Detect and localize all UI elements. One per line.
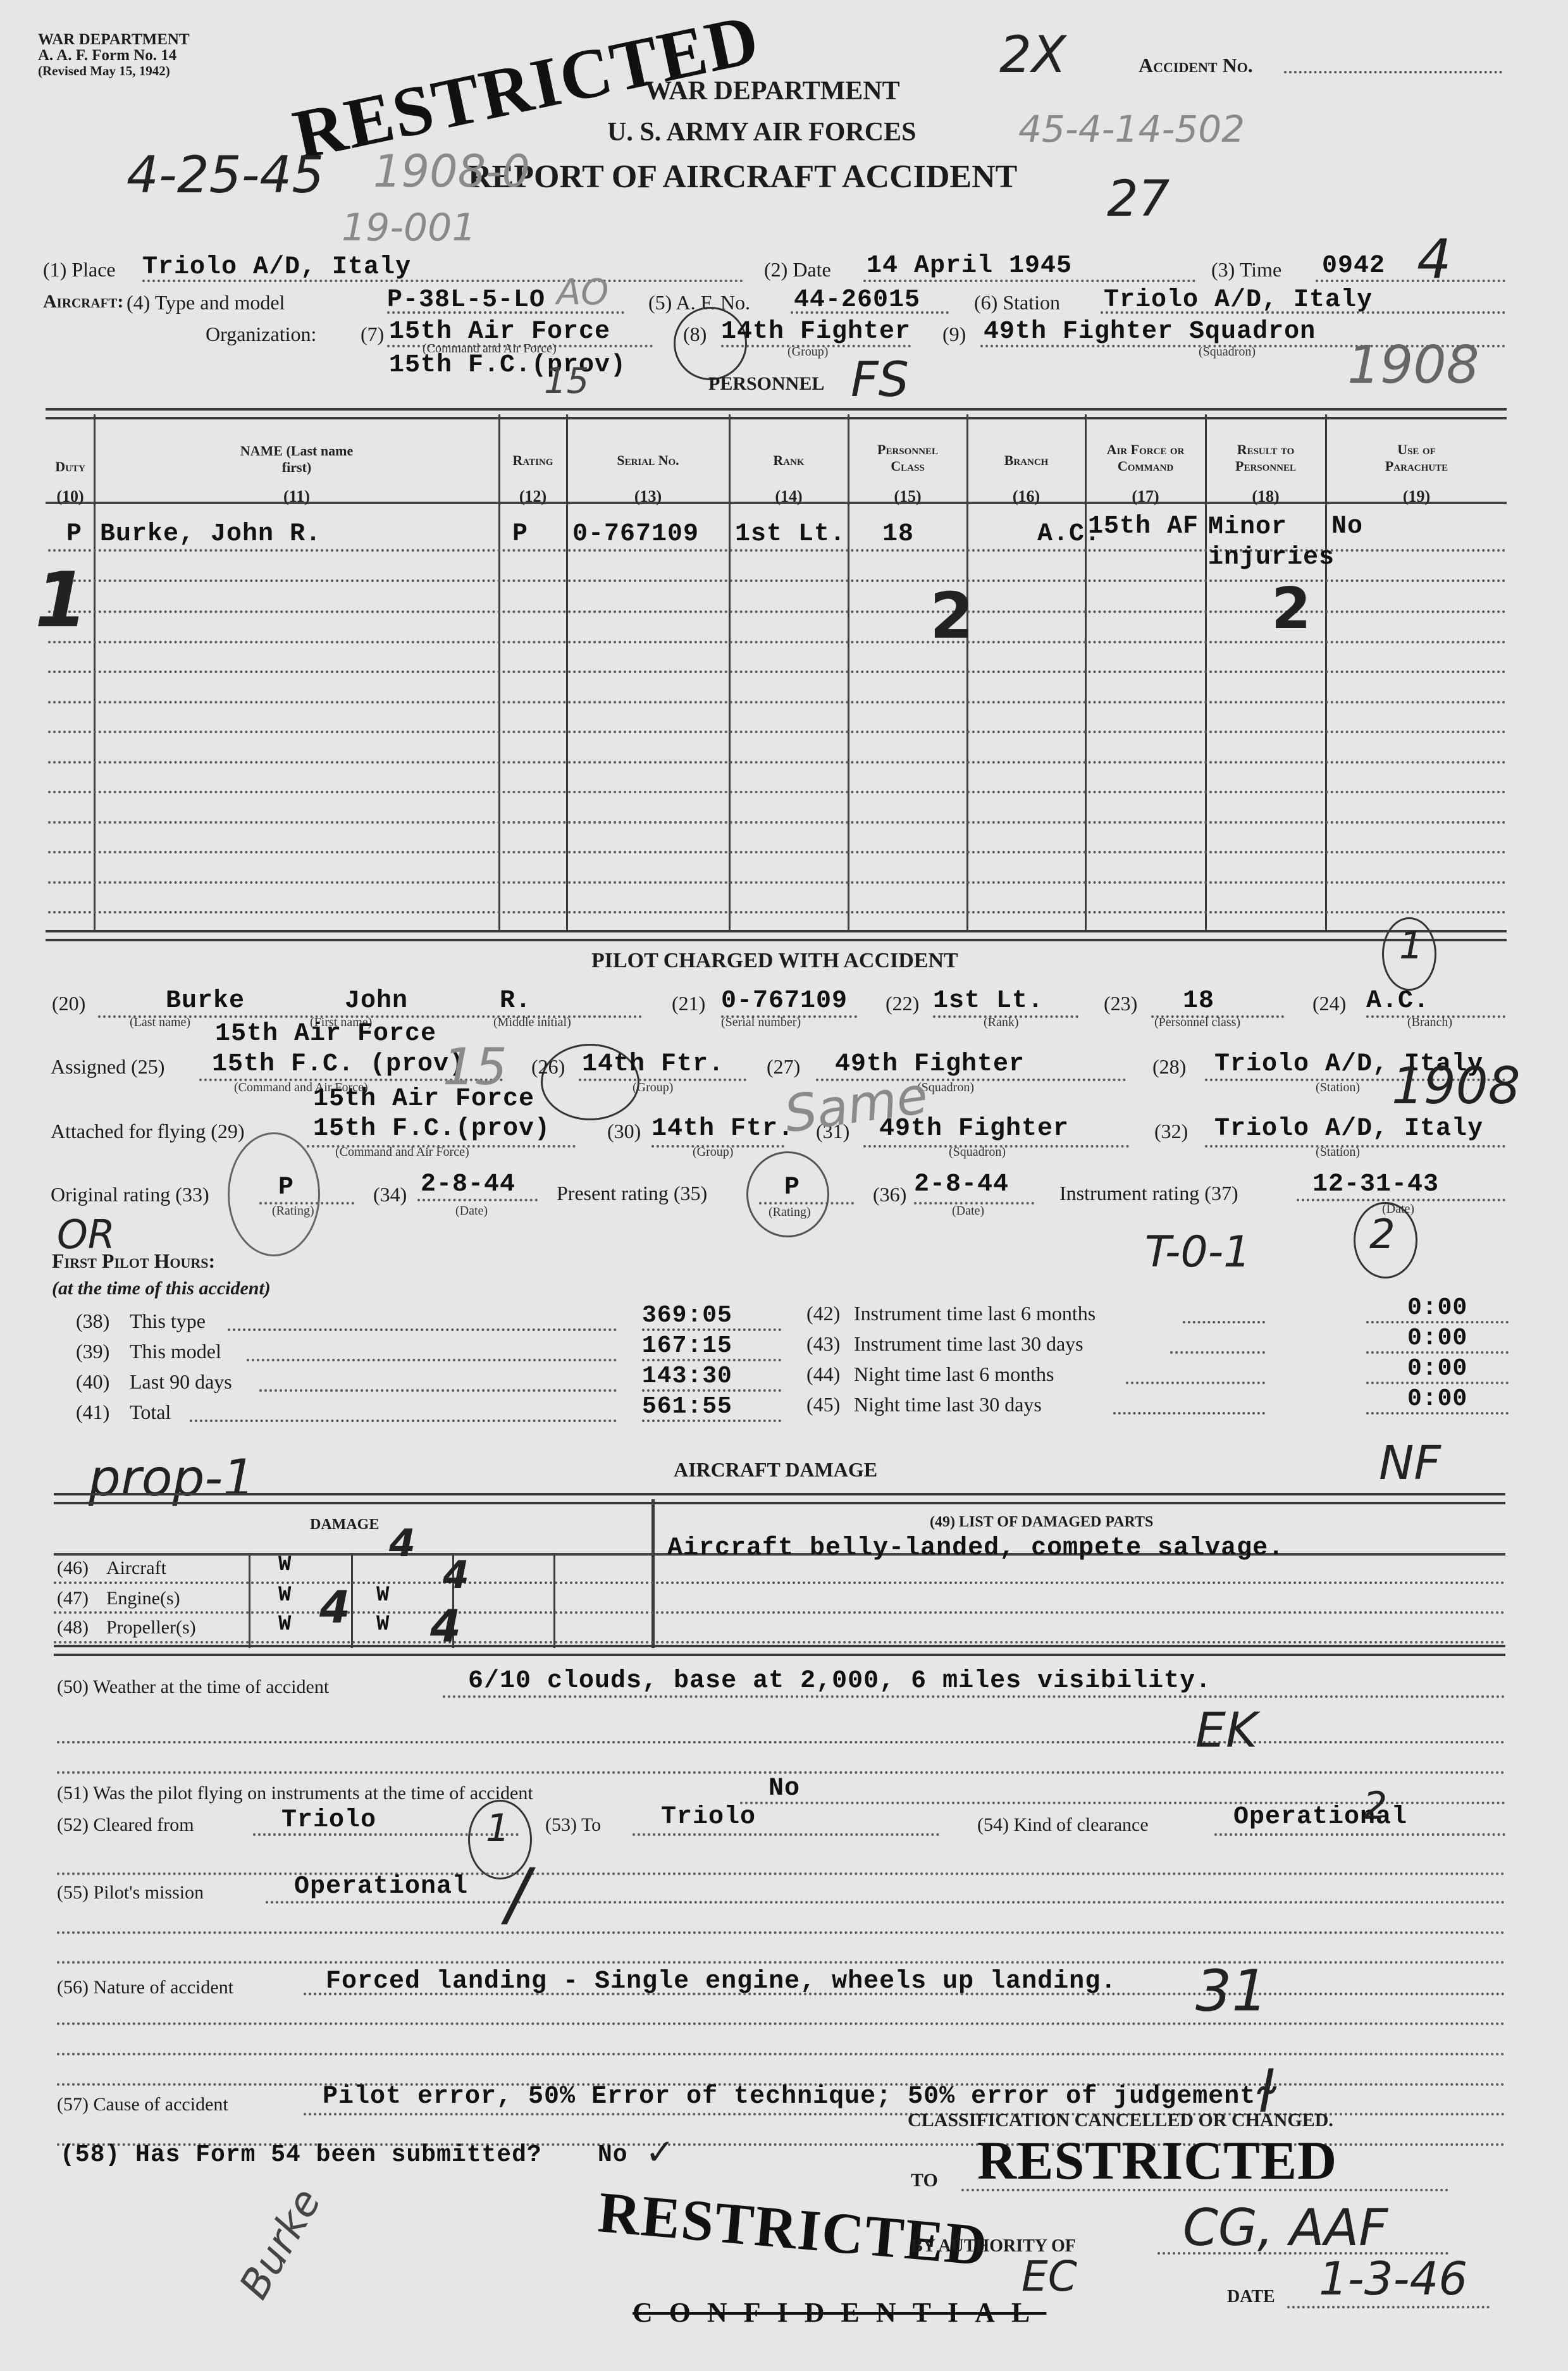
instruments-value: No [769, 1774, 800, 1803]
to-value: Triolo [661, 1803, 756, 1831]
hours-value: 561:55 [642, 1393, 732, 1420]
hand-fs: FS [851, 351, 909, 407]
hours-value: 0:00 [1407, 1385, 1467, 1413]
serial-sub: (Serial number) [721, 1015, 801, 1030]
classification-to-label: TO [911, 2170, 938, 2191]
hand-31: 31 [1195, 1958, 1268, 2024]
table-row-line [48, 671, 1507, 673]
hand-1908: 1908-0 [373, 145, 530, 197]
personnel-bottom-rule [46, 930, 1507, 941]
col-header-name: NAME (Last name first) [95, 443, 498, 476]
cell-result: Minor injuries [1208, 512, 1322, 573]
cause-value: Pilot error, 50% Error of technique; 50%… [323, 2083, 1256, 2111]
hours-label: Last 90 days [130, 1370, 232, 1394]
form-id-line-3: (Revised May 15, 1942) [38, 63, 190, 79]
form-id-line-1: WAR DEPARTMENT [38, 32, 190, 47]
page-title: REPORT OF AIRCRAFT ACCIDENT [468, 158, 1017, 195]
cleared-value: Triolo [281, 1806, 376, 1835]
hand-ec: EC [1022, 2252, 1077, 2301]
form54-label: (58) Has Form 54 been submitted? [60, 2141, 542, 2169]
n32: (32) [1154, 1120, 1188, 1143]
group-value: 14th Fighter [721, 318, 911, 346]
hand-1-pilot: 1 [1399, 924, 1423, 968]
n26: (26) [531, 1055, 565, 1079]
type-value: P-38L-5-LO [387, 286, 545, 314]
hours-num: (38) [76, 1309, 109, 1333]
hand-4: 4 [1417, 228, 1452, 291]
n23: (23) [1104, 992, 1137, 1015]
blank-line [57, 1961, 1505, 1964]
damage-row-line [54, 1641, 1505, 1644]
hours-num: (40) [76, 1370, 109, 1394]
station-field[interactable] [1101, 311, 1505, 314]
assigned-station-sub: (Station) [1316, 1080, 1360, 1095]
n24: (24) [1312, 992, 1346, 1015]
hand-4-a: 4 [389, 1521, 416, 1566]
class-sub: (Personnel class) [1154, 1015, 1240, 1030]
pilot-branch: A.C. [1366, 987, 1429, 1015]
command-value-line2: 15th F.C.(prov) [389, 351, 626, 380]
present-rating: P [784, 1173, 800, 1202]
authority-value: CG, AAF [1183, 2198, 1388, 2257]
table-row-line [48, 821, 1507, 824]
table-row-line [48, 701, 1507, 703]
af-no-field[interactable] [791, 311, 949, 314]
hours-value: 0:00 [1407, 1355, 1467, 1382]
attached-label: Attached for flying (29) [51, 1120, 245, 1143]
weather-value: 6/10 clouds, base at 2,000, 6 miles visi… [468, 1667, 1211, 1695]
weather-label: (50) Weather at the time of accident [57, 1676, 329, 1698]
attached-group-sub: (Group) [693, 1145, 733, 1160]
hours-field [642, 1328, 781, 1331]
col-num-parachute: (19) [1326, 487, 1507, 506]
attached-group: 14th Ftr. [651, 1115, 794, 1143]
present-rating-sub: (Rating) [769, 1205, 811, 1220]
instr-rating-field [1297, 1199, 1505, 1201]
nature-label: (56) Nature of accident [57, 1977, 233, 1998]
assigned-group: 14th Ftr. [582, 1050, 724, 1079]
damage-bottom-rule [54, 1645, 1505, 1656]
assigned-cmd: 15th F.C. (prov) [212, 1050, 465, 1079]
nature-field[interactable] [304, 1993, 1505, 1995]
instr-rating-label: Instrument rating (37) [1059, 1182, 1238, 1205]
orig-date-sub: (Date) [455, 1204, 488, 1218]
cell-rating: P [512, 520, 528, 548]
pilot-mi: R. [500, 987, 531, 1015]
hand-mark-1: 1 [35, 557, 88, 645]
present-rating-field [759, 1202, 854, 1204]
hand-4-b: 4 [443, 1553, 469, 1597]
n20: (20) [52, 992, 85, 1015]
place-value: Triolo A/D, Italy [142, 253, 411, 282]
hand-mark-2a: 2 [930, 579, 974, 653]
time-field[interactable] [1316, 280, 1505, 282]
blank-line [57, 1931, 1505, 1934]
damage-c2: W [376, 1613, 390, 1637]
hours-num: (45) [806, 1393, 840, 1416]
attached-cmd: 15th F.C.(prov) [313, 1115, 550, 1143]
attached-station-sub: (Station) [1316, 1145, 1360, 1160]
damage-c1: W [278, 1613, 292, 1637]
group-label: (8) [683, 323, 707, 346]
hours-field [642, 1389, 781, 1392]
hand-2x: 2X [999, 25, 1066, 84]
hand-1908-pilot: 1908 [1392, 1056, 1521, 1115]
assigned-group-sub: (Group) [633, 1080, 673, 1095]
col-header-serial: Serial No. [567, 452, 729, 469]
pilot-heading: PILOT CHARGED WITH ACCIDENT [591, 949, 958, 973]
cell-rank: 1st Lt. [735, 520, 846, 548]
date-value-class: 1-3-46 [1319, 2252, 1467, 2305]
pilot-serial: 0-767109 [721, 987, 848, 1015]
table-row-line [48, 851, 1507, 853]
hours-field [642, 1359, 781, 1361]
hours-num: (43) [806, 1332, 840, 1356]
pilot-rank: 1st Lt. [933, 987, 1044, 1015]
hours-num: (39) [76, 1340, 109, 1363]
personnel-top-rule [46, 408, 1507, 419]
squadron-value: 49th Fighter Squadron [984, 318, 1316, 346]
hours-label: Night time last 6 months [854, 1363, 1054, 1386]
hours-num: (42) [806, 1302, 840, 1325]
hours-field [1366, 1351, 1509, 1354]
organization-label: Organization: [206, 323, 316, 346]
damaged-parts-text: Aircraft belly-landed, compete salvage. [667, 1534, 1284, 1563]
aircraft-label: Aircraft: [43, 291, 123, 313]
n34: (34) [373, 1183, 407, 1206]
damage-num: (48) [57, 1617, 89, 1638]
col-header-branch: Branch [968, 452, 1085, 469]
hours-label: This type [130, 1309, 206, 1333]
hours-leader [1170, 1351, 1265, 1354]
mi-sub: (Middle initial) [493, 1015, 571, 1030]
hand-2-details: 2 [1363, 1784, 1387, 1828]
date-value: 14 April 1945 [867, 252, 1072, 280]
mission-field[interactable] [266, 1901, 1505, 1904]
form54-value: No [598, 2141, 628, 2169]
hours-leader [1126, 1382, 1265, 1384]
date-field[interactable] [863, 280, 1195, 282]
form-id: WAR DEPARTMENT A. A. F. Form No. 14 (Rev… [38, 32, 190, 79]
hours-field [642, 1420, 781, 1422]
blank-line [57, 2022, 1505, 2025]
pilot-class: 18 [1183, 987, 1214, 1015]
hours-value: 0:00 [1407, 1325, 1467, 1352]
damage-top-rule [54, 1493, 1505, 1504]
col-num-rating: (12) [500, 487, 566, 506]
hours-leader [259, 1389, 617, 1392]
hand-nf: NF [1379, 1436, 1441, 1490]
form-id-line-2: A. A. F. Form No. 14 [38, 47, 190, 63]
col-num-result: (18) [1206, 487, 1325, 506]
hours-num: (44) [806, 1363, 840, 1386]
branch-sub: (Branch) [1407, 1015, 1452, 1030]
damage-col-divider [651, 1499, 655, 1648]
damage-c1: W [278, 1553, 292, 1577]
hours-label: Instrument time last 30 days [854, 1332, 1083, 1356]
hand-ek: EK [1195, 1702, 1257, 1758]
date-label-class: DATE [1227, 2287, 1275, 2307]
table-row-line [48, 761, 1507, 764]
assigned-label: Assigned (25) [51, 1055, 164, 1079]
hand-2-pilot: 2 [1369, 1211, 1395, 1258]
damage-c1: W [278, 1583, 292, 1607]
damage-heading: AIRCRAFT DAMAGE [674, 1458, 877, 1482]
n28: (28) [1152, 1055, 1186, 1079]
damage-row-line [54, 1582, 1505, 1584]
hours-label: Night time last 30 days [854, 1393, 1042, 1416]
form54-check: ✓ [645, 2132, 675, 2173]
confidential-stamp: CONFIDENTIAL [633, 2296, 1046, 2329]
date-label: (2) Date [764, 258, 831, 282]
col-num-rank: (14) [730, 487, 848, 506]
command-label: (7) [361, 323, 384, 346]
damage-row-line [54, 1611, 1505, 1614]
orig-rating-sub: (Rating) [272, 1204, 314, 1218]
hours-field [1366, 1382, 1509, 1384]
present-date: 2-8-44 [914, 1170, 1009, 1199]
col-num-branch: (16) [968, 487, 1085, 506]
col-num-duty: (10) [47, 487, 94, 506]
n27: (27) [767, 1055, 800, 1079]
damage-col-divider [553, 1553, 555, 1648]
to-label: (53) To [545, 1814, 601, 1836]
af-no-value: 44-26015 [794, 286, 920, 314]
hours-field [1366, 1321, 1509, 1323]
col-header-duty: Duty [47, 459, 94, 475]
hours-num: (41) [76, 1401, 109, 1424]
orig-date-field [417, 1199, 538, 1201]
assigned-cmd-line1: 15th Air Force [215, 1020, 436, 1048]
hours-value: 0:00 [1407, 1294, 1467, 1322]
nature-value: Forced landing - Single engine, wheels u… [326, 1967, 1116, 1996]
blank-line [57, 1873, 1505, 1875]
hand-15: 15 [544, 361, 589, 402]
col-header-rank: Rank [730, 452, 848, 469]
blank-line [57, 2053, 1505, 2055]
n36: (36) [873, 1183, 906, 1206]
orig-rating: P [278, 1173, 294, 1202]
cell-duty: P [66, 520, 82, 548]
orig-rating-label: Original rating (33) [51, 1183, 209, 1206]
damage-col-divider [249, 1553, 250, 1648]
col-header-command: Air Force or Command [1086, 442, 1205, 474]
station-label: (6) Station [974, 291, 1060, 314]
table-row-line [48, 791, 1507, 793]
time-value: 0942 [1322, 252, 1385, 280]
weather-field[interactable] [443, 1695, 1505, 1698]
cell-serial: 0-767109 [572, 520, 699, 548]
station-value: Triolo A/D, Italy [1104, 286, 1373, 314]
attached-cmd-line1: 15th Air Force [313, 1085, 534, 1113]
place-label: (1) Place [43, 258, 116, 282]
hand-1908b: 1908 [1347, 335, 1479, 395]
dept-title: WAR DEPARTMENT [645, 76, 900, 106]
hand-4-d: 4 [430, 1600, 461, 1652]
cell-command: 15th AF [1088, 512, 1199, 541]
cell-parachute: No [1331, 512, 1363, 541]
hours-leader [1113, 1412, 1265, 1415]
col-num-serial: (13) [567, 487, 729, 506]
weather-field-3[interactable] [57, 1771, 1505, 1774]
cause-label: (57) Cause of accident [57, 2094, 228, 2115]
table-row-line [48, 911, 1507, 913]
present-rating-label: Present rating (35) [557, 1182, 707, 1205]
hours-label: Instrument time last 6 months [854, 1302, 1096, 1325]
hours-leader [1183, 1321, 1265, 1323]
hours-field [1366, 1412, 1509, 1415]
instruments-label: (51) Was the pilot flying on instruments… [57, 1783, 533, 1804]
signature: Burke [231, 2181, 331, 2306]
cleared-label: (52) Cleared from [57, 1814, 194, 1836]
hours-leader [228, 1328, 617, 1331]
damage-label: Aircraft [106, 1557, 166, 1579]
place-field[interactable] [142, 280, 743, 282]
hours-title: First Pilot Hours: [52, 1249, 215, 1273]
attached-station: Triolo A/D, Italy [1214, 1115, 1483, 1143]
restricted-stamp-bottom: RESTRICTED [596, 2178, 991, 2279]
classification-to-field [961, 2189, 1448, 2191]
n30: (30) [607, 1120, 641, 1143]
hand-1-details: 1 [486, 1806, 510, 1850]
hand-t01: T-0-1 [1145, 1227, 1250, 1277]
weather-field-2[interactable] [57, 1741, 1505, 1743]
accident-no-label: Accident No. [1139, 54, 1253, 77]
hours-value: 143:30 [642, 1363, 732, 1390]
accident-no-field[interactable] [1284, 71, 1502, 73]
pilot-last: Burke [166, 987, 245, 1015]
n22: (22) [886, 992, 919, 1015]
col-header-result: Result to Personnel [1206, 442, 1325, 474]
mission-label: (55) Pilot's mission [57, 1882, 204, 1904]
damage-label: Engine(s) [106, 1588, 180, 1609]
hours-value: 369:05 [642, 1302, 732, 1329]
hand-ao: AO [557, 272, 608, 313]
group-sub: (Group) [787, 345, 828, 359]
n21: (21) [672, 992, 705, 1015]
damage-col-divider [351, 1553, 353, 1648]
hours-subtitle: (at the time of this accident) [52, 1278, 271, 1299]
last-sub: (Last name) [130, 1015, 190, 1030]
to-field[interactable] [633, 1833, 939, 1836]
col-header-parachute: Use of Parachute [1326, 442, 1507, 474]
hand-slash: / [506, 1854, 529, 1935]
pilot-first: John [345, 987, 408, 1015]
attached-squadron-sub: (Squadron) [949, 1145, 1006, 1160]
col-num-class: (15) [849, 487, 966, 506]
damage-col-heading: DAMAGE [310, 1516, 379, 1533]
hours-leader [247, 1359, 617, 1361]
mission-value: Operational [294, 1873, 468, 1901]
personnel-heading: PERSONNEL [708, 373, 824, 395]
rank-sub: (Rank) [984, 1015, 1019, 1030]
hand-circle-33 [228, 1132, 320, 1256]
time-label: (3) Time [1211, 258, 1281, 282]
instr-rating: 12-31-43 [1312, 1170, 1439, 1199]
damage-num: (46) [57, 1557, 89, 1579]
squadron-label: (9) [942, 323, 966, 346]
hours-value: 167:15 [642, 1332, 732, 1359]
cell-class: 18 [882, 520, 914, 548]
table-row-line [48, 731, 1507, 733]
col-header-class: Personnel Class [849, 442, 966, 474]
attached-cmd-sub: (Command and Air Force) [335, 1145, 469, 1160]
hand-4-c: 4 [319, 1582, 350, 1633]
type-label: (4) Type and model [127, 291, 285, 314]
orig-date: 2-8-44 [421, 1170, 515, 1199]
hand-19001: 19-001 [342, 206, 476, 250]
hand-mark-2b: 2 [1271, 576, 1311, 642]
damage-c2: W [376, 1583, 390, 1607]
classification-cancelled-label: CLASSIFICATION CANCELLED OR CHANGED. [908, 2110, 1333, 2131]
damage-label: Propeller(s) [106, 1617, 196, 1638]
squadron-sub: (Squadron) [1199, 345, 1256, 359]
damage-num: (47) [57, 1588, 89, 1609]
hours-label: This model [130, 1340, 221, 1363]
clearance-field[interactable] [1214, 1833, 1505, 1836]
hand-date: 4-25-45 [127, 145, 324, 204]
restricted-stamp-to: RESTRICTED [977, 2129, 1337, 2192]
clearance-label: (54) Kind of clearance [977, 1814, 1149, 1836]
col-header-rating: Rating [500, 452, 566, 469]
service-title: U. S. ARMY AIR FORCES [607, 117, 917, 147]
col-num-command: (17) [1086, 487, 1205, 506]
parts-heading: (49) LIST OF DAMAGED PARTS [930, 1514, 1153, 1531]
table-row-line [48, 881, 1507, 884]
hand-ref: 45-4-14-502 [1018, 108, 1245, 151]
cell-name: Burke, John R. [100, 520, 321, 548]
col-num-name: (11) [95, 487, 498, 506]
hours-leader [190, 1420, 617, 1422]
hand-27: 27 [1107, 171, 1170, 228]
present-date-sub: (Date) [952, 1204, 984, 1218]
hours-label: Total [130, 1401, 171, 1424]
date-field-class [1287, 2306, 1490, 2308]
